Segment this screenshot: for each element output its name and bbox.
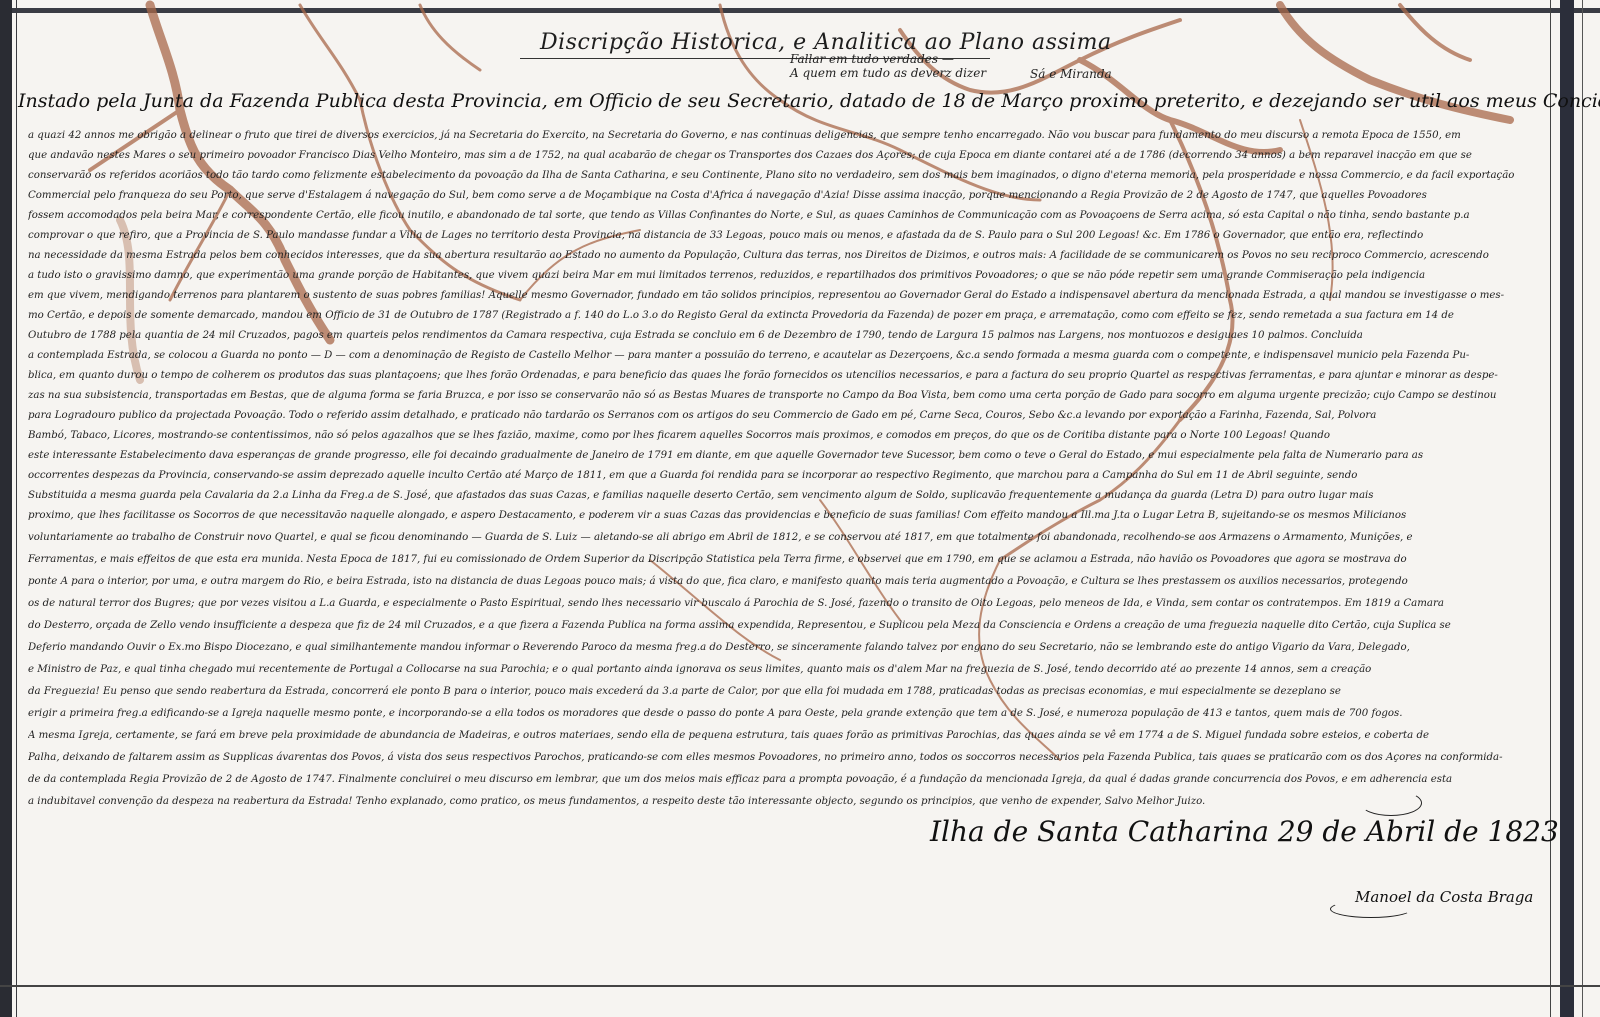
body-line: os de natural terror dos Bugres; que por… [28,594,1538,613]
body-line: Ferramentas, e mais effeitos de que esta… [28,550,1538,569]
body-line: que andavão nestes Mares o seu primeiro … [28,146,1538,165]
opening-line: Instado pela Junta da Fazenda Publica de… [18,90,1600,112]
body-line: comprovar o que refiro, que a Provincia … [28,226,1538,245]
body-line: ponte A para o interior, por uma, e outr… [28,572,1538,591]
body-line: A mesma Igreja, certamente, se fará em b… [28,726,1538,745]
body-line: voluntariamente ao trabalho de Construir… [28,528,1538,547]
signature-flourish [1330,900,1412,918]
body-line: Commercial pelo franqueza do seu Porto, … [28,186,1538,205]
body-line: para Logradouro publico da projectada Po… [28,406,1538,425]
body-line: este interessante Estabelecimento dava e… [28,446,1538,465]
body-line: Palha, deixando de faltarem assim as Sup… [28,748,1538,767]
body-line: a indubitavel convenção da despeza na re… [28,792,1538,811]
manuscript-sheet: Discripção Historica, e Analitica ao Pla… [0,0,1600,1017]
body-line: de da contemplada Regia Provizão de 2 de… [28,770,1538,789]
body-line: a tudo isto o gravissimo damno, que expe… [28,266,1538,285]
body-line: em que vivem, mendigando terrenos para p… [28,286,1538,305]
place-and-date: Ilha de Santa Catharina 29 de Abril de 1… [930,815,1559,848]
motto-line-1: Fallar em tudo verdades — [790,52,954,66]
body-line: zas na sua subsistencia, transportadas e… [28,386,1538,405]
body-line: Substituida a mesma guarda pela Cavalari… [28,486,1538,505]
body-line: da Freguezia! Eu penso que sendo reabert… [28,682,1538,701]
body-line: occorrentes despezas da Provincia, conse… [28,466,1538,485]
body-line: Bambó, Tabaco, Licores, mostrando-se con… [28,426,1538,445]
body-line: e Ministro de Paz, e qual tinha chegado … [28,660,1538,679]
body-line: a contemplada Estrada, se colocou a Guar… [28,346,1538,365]
body-line: blica, em quanto durou o tempo de colher… [28,366,1538,385]
closing-flourish [1360,790,1422,816]
body-line: a quazi 42 annos me obrigão a delinear o… [28,126,1538,145]
motto-author: Sá e Miranda [1030,67,1112,81]
body-line: Outubro de 1788 pela quantia de 24 mil C… [28,326,1538,345]
motto-line-2: A quem em tudo as deverz dizer [790,66,986,80]
body-line: Deferio mandando Ouvir o Ex.mo Bispo Dio… [28,638,1538,657]
body-line: na necessidade da mesma Estrada pelos be… [28,246,1538,265]
body-line: erigir a primeira freg.a edificando-se a… [28,704,1538,723]
body-line: proximo, que lhes facilitasse os Socorro… [28,506,1538,525]
body-line: mo Certão, e depois de somente demarcado… [28,306,1538,325]
body-line: do Desterro, orçada de Zello vendo insuf… [28,616,1538,635]
body-line: fossem accomodados pela beira Mar, e cor… [28,206,1538,225]
body-line: conservarão os referidos acoriãos todo t… [28,166,1538,185]
